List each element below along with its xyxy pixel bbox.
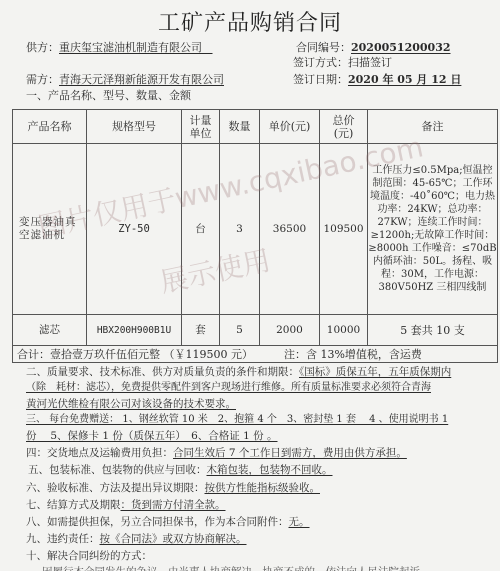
section-6: 六、验收标准、方法及提出异议期限：按供方性能指标级验收。 bbox=[26, 481, 320, 495]
section-9: 九、违约责任：按《合同法》或双方协商解决。 bbox=[26, 532, 247, 546]
table-row: 滤芯 HBX200H900B1U 套 5 2000 10000 5 套共 10 … bbox=[13, 315, 498, 346]
sign-method-label: 签订方式： bbox=[293, 56, 348, 69]
section-4: 四：交货地点及运输费用负担：合同生效后 7 个工作日到需方，费用由供方承担。 bbox=[26, 446, 407, 460]
document-title: 工矿产品购销合同 bbox=[0, 6, 500, 37]
supplier-name: 重庆玺宝滤油机制造有限公司 bbox=[59, 41, 202, 54]
header-unit-price: 单价(元) bbox=[260, 110, 320, 144]
cell-total-price: 10000 bbox=[320, 315, 368, 346]
section-7-label: 七、结算方式及期限 bbox=[26, 499, 121, 511]
buyer-line: 需方：青海天元泽翔新能源开发有限公司 bbox=[26, 73, 224, 86]
sign-method: 扫描签订 bbox=[348, 56, 392, 69]
cell-unit: 套 bbox=[182, 315, 220, 346]
total-note: 注：含 13%增值税，含运费 bbox=[284, 348, 422, 361]
cell-model: HBX200H900B1U bbox=[87, 315, 182, 346]
section-10-text: 因履行本合同发生的争议，由当事人协商解决，协商不成的，依法向人民法院起诉。 bbox=[42, 565, 431, 571]
section-4-label: 四：交货地点及运输费用负担： bbox=[26, 447, 173, 459]
section-3-line-2: 份 5、保修卡 1 份（质保五年） 6、合格证 1 份 。 bbox=[26, 429, 278, 443]
sign-method-line: 签订方式：扫描签订 bbox=[293, 56, 392, 69]
section-2-line-2: （除 耗材：滤芯），免费提供零配件到客户现场进行维修。所有质量标准要求必须符合青… bbox=[26, 381, 431, 395]
section-9-label: 九、违约责任： bbox=[26, 533, 100, 545]
section-8-value: 无。 bbox=[289, 516, 310, 528]
header-unit: 计量单位 bbox=[182, 110, 220, 144]
section-6-value: 按供方性能指标级验收。 bbox=[205, 482, 321, 494]
section-3-line-1: 三、 每台免费赠送： 1、钢丝软管 10 米 2、抱箍 4 个 3、密封垫 1 … bbox=[26, 413, 448, 427]
supplier-label: 供方： bbox=[26, 41, 59, 54]
cell-unit-price: 2000 bbox=[260, 315, 320, 346]
buyer-label: 需方： bbox=[26, 73, 59, 86]
header-total-price: 总价(元) bbox=[320, 110, 368, 144]
section-2-value-1: 《国标》质保五年，五年质保期内 bbox=[299, 366, 451, 378]
cell-product-name: 滤芯 bbox=[13, 315, 87, 346]
cell-remarks: 工作压力≤0.5Mpa;恒温控制范围：45-65℃；工作环境温度：-40˚60℃… bbox=[368, 144, 498, 315]
section-6-label: 六、验收标准、方法及提出异议期限： bbox=[26, 482, 205, 494]
total-amount: 合计：壹拾壹万玖仟伍佰元整 （￥119500 元） bbox=[17, 348, 253, 361]
header-model: 规格型号 bbox=[87, 110, 182, 144]
product-table: 产品名称 规格型号 计量单位 数量 单价(元) 总价(元) 备注 变压器油真空滤… bbox=[12, 109, 498, 363]
table-header-row: 产品名称 规格型号 计量单位 数量 单价(元) 总价(元) 备注 bbox=[13, 110, 498, 144]
contract-page: 工矿产品购销合同 供方：重庆玺宝滤油机制造有限公司 需方：青海天元泽翔新能源开发… bbox=[0, 0, 500, 571]
cell-quantity: 5 bbox=[220, 315, 260, 346]
sign-date-label: 签订日期： bbox=[293, 73, 348, 86]
section-2-line-1: 二、质量要求、技术标准、供方对质量负责的条件和期限：《国标》质保五年，五年质保期… bbox=[26, 365, 451, 379]
buyer-name: 青海天元泽翔新能源开发有限公司 bbox=[59, 73, 224, 86]
contract-number-label: 合同编号： bbox=[296, 41, 351, 54]
cell-total-price: 109500 bbox=[320, 144, 368, 315]
section-9-value: 按《合同法》或双方协商解决。 bbox=[100, 533, 247, 545]
header-quantity: 数量 bbox=[220, 110, 260, 144]
supplier-line: 供方：重庆玺宝滤油机制造有限公司 bbox=[26, 41, 213, 54]
cell-model: ZY-50 bbox=[87, 144, 182, 315]
contract-number-line: 合同编号：2020051200032 bbox=[296, 41, 451, 54]
section-1-heading: 一、产品名称、型号、数量、金额 bbox=[26, 89, 191, 102]
sign-date-line: 签订日期：2020 年 05 月 12 日 bbox=[293, 73, 461, 86]
section-5-label: 五、包装标准、包装物的供应与回收： bbox=[28, 464, 207, 476]
section-5-value: 木箱包装，包装物不回收。 bbox=[207, 464, 333, 476]
contract-number: 2020051200032 bbox=[351, 41, 451, 54]
table-row: 变压器油真空滤油机 ZY-50 台 3 36500 109500 工作压力≤0.… bbox=[13, 144, 498, 315]
cell-quantity: 3 bbox=[220, 144, 260, 315]
header-remarks: 备注 bbox=[368, 110, 498, 144]
cell-unit-price: 36500 bbox=[260, 144, 320, 315]
table-total-row: 合计：壹拾壹万玖仟伍佰元整 （￥119500 元） 注：含 13%增值税，含运费 bbox=[13, 346, 498, 363]
section-8-label: 八、如需提供担保，另立合同担保书，作为本合同附件： bbox=[26, 516, 289, 528]
cell-remarks: 5 套共 10 支 bbox=[368, 315, 498, 346]
section-2-line-3: 黄河光伏维检有限公司对该设备的技术要求。 bbox=[26, 397, 236, 411]
section-7-value: ：货到需方付清全款。 bbox=[121, 499, 226, 511]
section-10-heading: 十、解决合同纠纷的方式： bbox=[26, 549, 152, 563]
section-2-label: 二、质量要求、技术标准、供方对质量负责的条件和期限： bbox=[26, 366, 299, 378]
header-product-name: 产品名称 bbox=[13, 110, 87, 144]
section-4-value: 合同生效后 7 个工作日到需方，费用由供方承担。 bbox=[173, 447, 407, 459]
section-8: 八、如需提供担保，另立合同担保书，作为本合同附件：无。 bbox=[26, 515, 310, 529]
cell-unit: 台 bbox=[182, 144, 220, 315]
sign-date: 2020 年 05 月 12 日 bbox=[348, 73, 461, 86]
section-5: 五、包装标准、包装物的供应与回收：木箱包装，包装物不回收。 bbox=[28, 463, 333, 477]
cell-product-name: 变压器油真空滤油机 bbox=[13, 144, 87, 315]
section-7: 七、结算方式及期限：货到需方付清全款。 bbox=[26, 498, 226, 512]
